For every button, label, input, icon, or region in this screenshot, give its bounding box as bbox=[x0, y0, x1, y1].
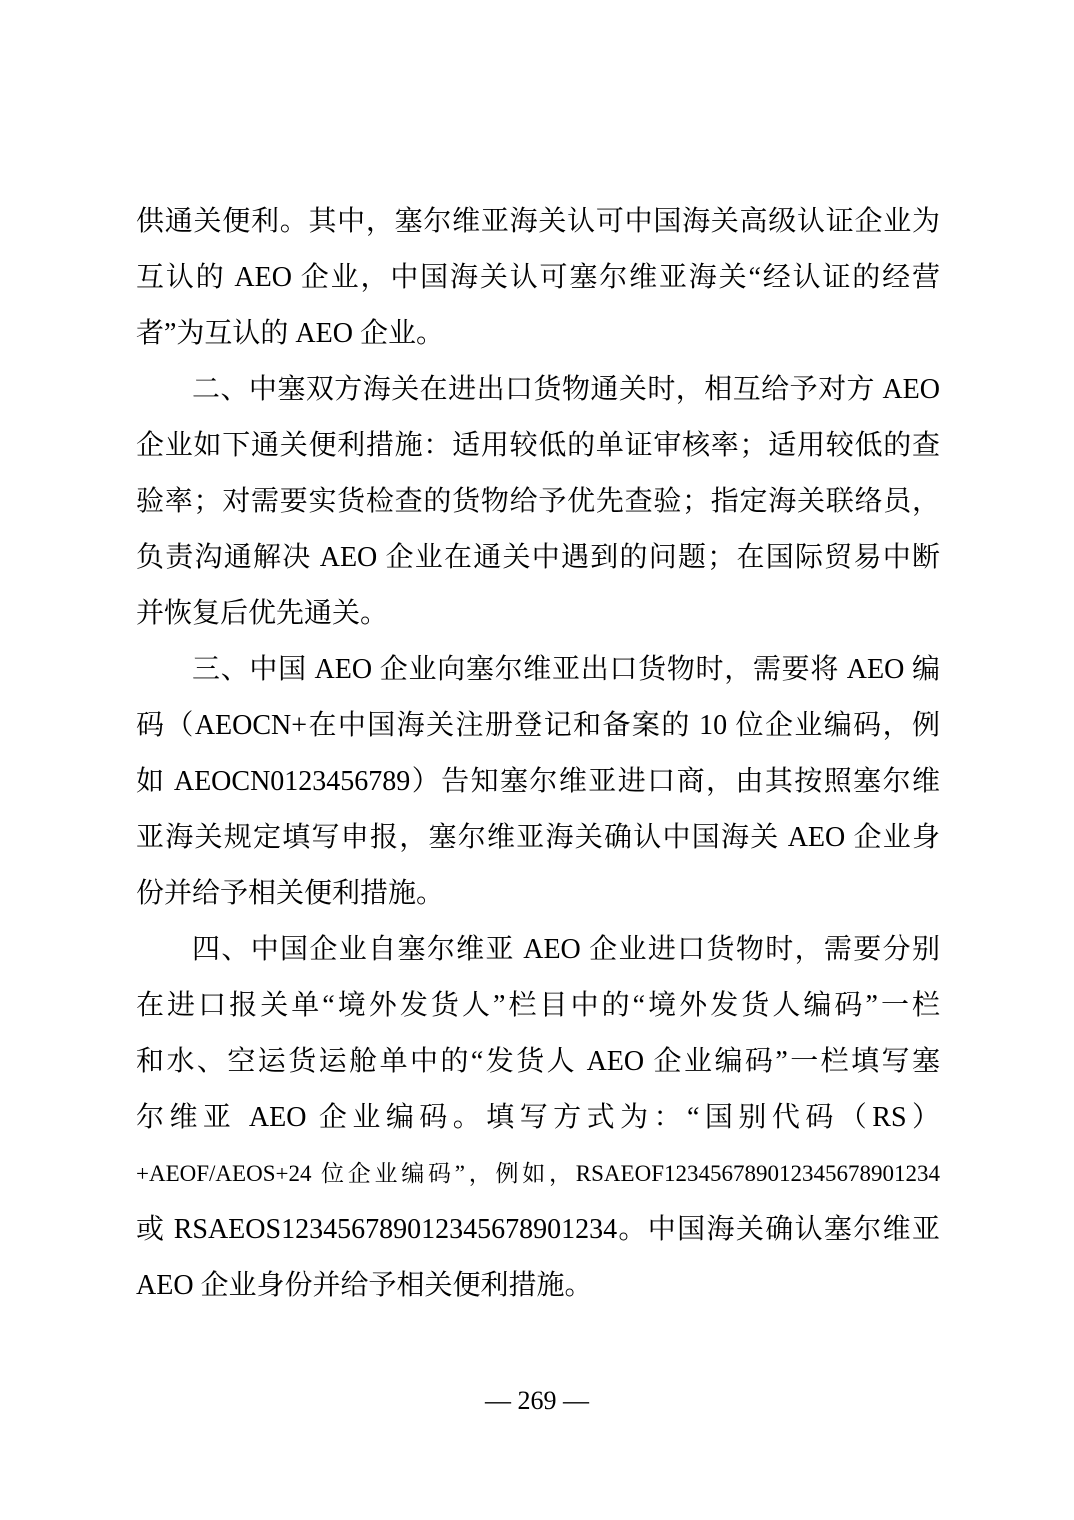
text-line: 和水、空运货运舱单中的“发货人 AEO 企业编码”一栏填写塞 bbox=[136, 1034, 940, 1090]
text-line: 四、中国企业自塞尔维亚 AEO 企业进口货物时，需要分别 bbox=[136, 922, 940, 978]
text-line: 三、中国 AEO 企业向塞尔维亚出口货物时，需要将 AEO 编 bbox=[136, 642, 940, 698]
text-line: 互认的 AEO 企业，中国海关认可塞尔维亚海关“经认证的经营 bbox=[136, 250, 940, 306]
text-line: 者”为互认的 AEO 企业。 bbox=[136, 306, 940, 362]
text-line: 或 RSAEOS123456789012345678901234。中国海关确认塞… bbox=[136, 1202, 940, 1258]
text-line: 二、中塞双方海关在进出口货物通关时，相互给予对方 AEO bbox=[136, 362, 940, 418]
text-line: 尔维亚 AEO 企业编码。填写方式为：“国别代码（RS） bbox=[136, 1090, 940, 1146]
text-line: +AEOF/AEOS+24 位企业编码”，例如，RSAEOF1234567890… bbox=[136, 1146, 940, 1202]
body-text: 供通关便利。其中，塞尔维亚海关认可中国海关高级认证企业为 互认的 AEO 企业，… bbox=[136, 194, 940, 1314]
text-line: 供通关便利。其中，塞尔维亚海关认可中国海关高级认证企业为 bbox=[136, 194, 940, 250]
text-line: AEO 企业身份并给予相关便利措施。 bbox=[136, 1258, 940, 1314]
text-line: 份并给予相关便利措施。 bbox=[136, 866, 940, 922]
document-page: 供通关便利。其中，塞尔维亚海关认可中国海关高级认证企业为 互认的 AEO 企业，… bbox=[0, 0, 1074, 1520]
page-number: — 269 — bbox=[0, 1388, 1074, 1414]
text-line: 并恢复后优先通关。 bbox=[136, 586, 940, 642]
text-line: 在进口报关单“境外发货人”栏目中的“境外发货人编码”一栏 bbox=[136, 978, 940, 1034]
text-line: 企业如下通关便利措施：适用较低的单证审核率；适用较低的查 bbox=[136, 418, 940, 474]
text-line: 验率；对需要实货检查的货物给予优先查验；指定海关联络员， bbox=[136, 474, 940, 530]
text-line: 码（AEOCN+在中国海关注册登记和备案的 10 位企业编码，例 bbox=[136, 698, 940, 754]
text-line: 亚海关规定填写申报，塞尔维亚海关确认中国海关 AEO 企业身 bbox=[136, 810, 940, 866]
text-line: 如 AEOCN0123456789）告知塞尔维亚进口商，由其按照塞尔维 bbox=[136, 754, 940, 810]
text-line: 负责沟通解决 AEO 企业在通关中遇到的问题；在国际贸易中断 bbox=[136, 530, 940, 586]
